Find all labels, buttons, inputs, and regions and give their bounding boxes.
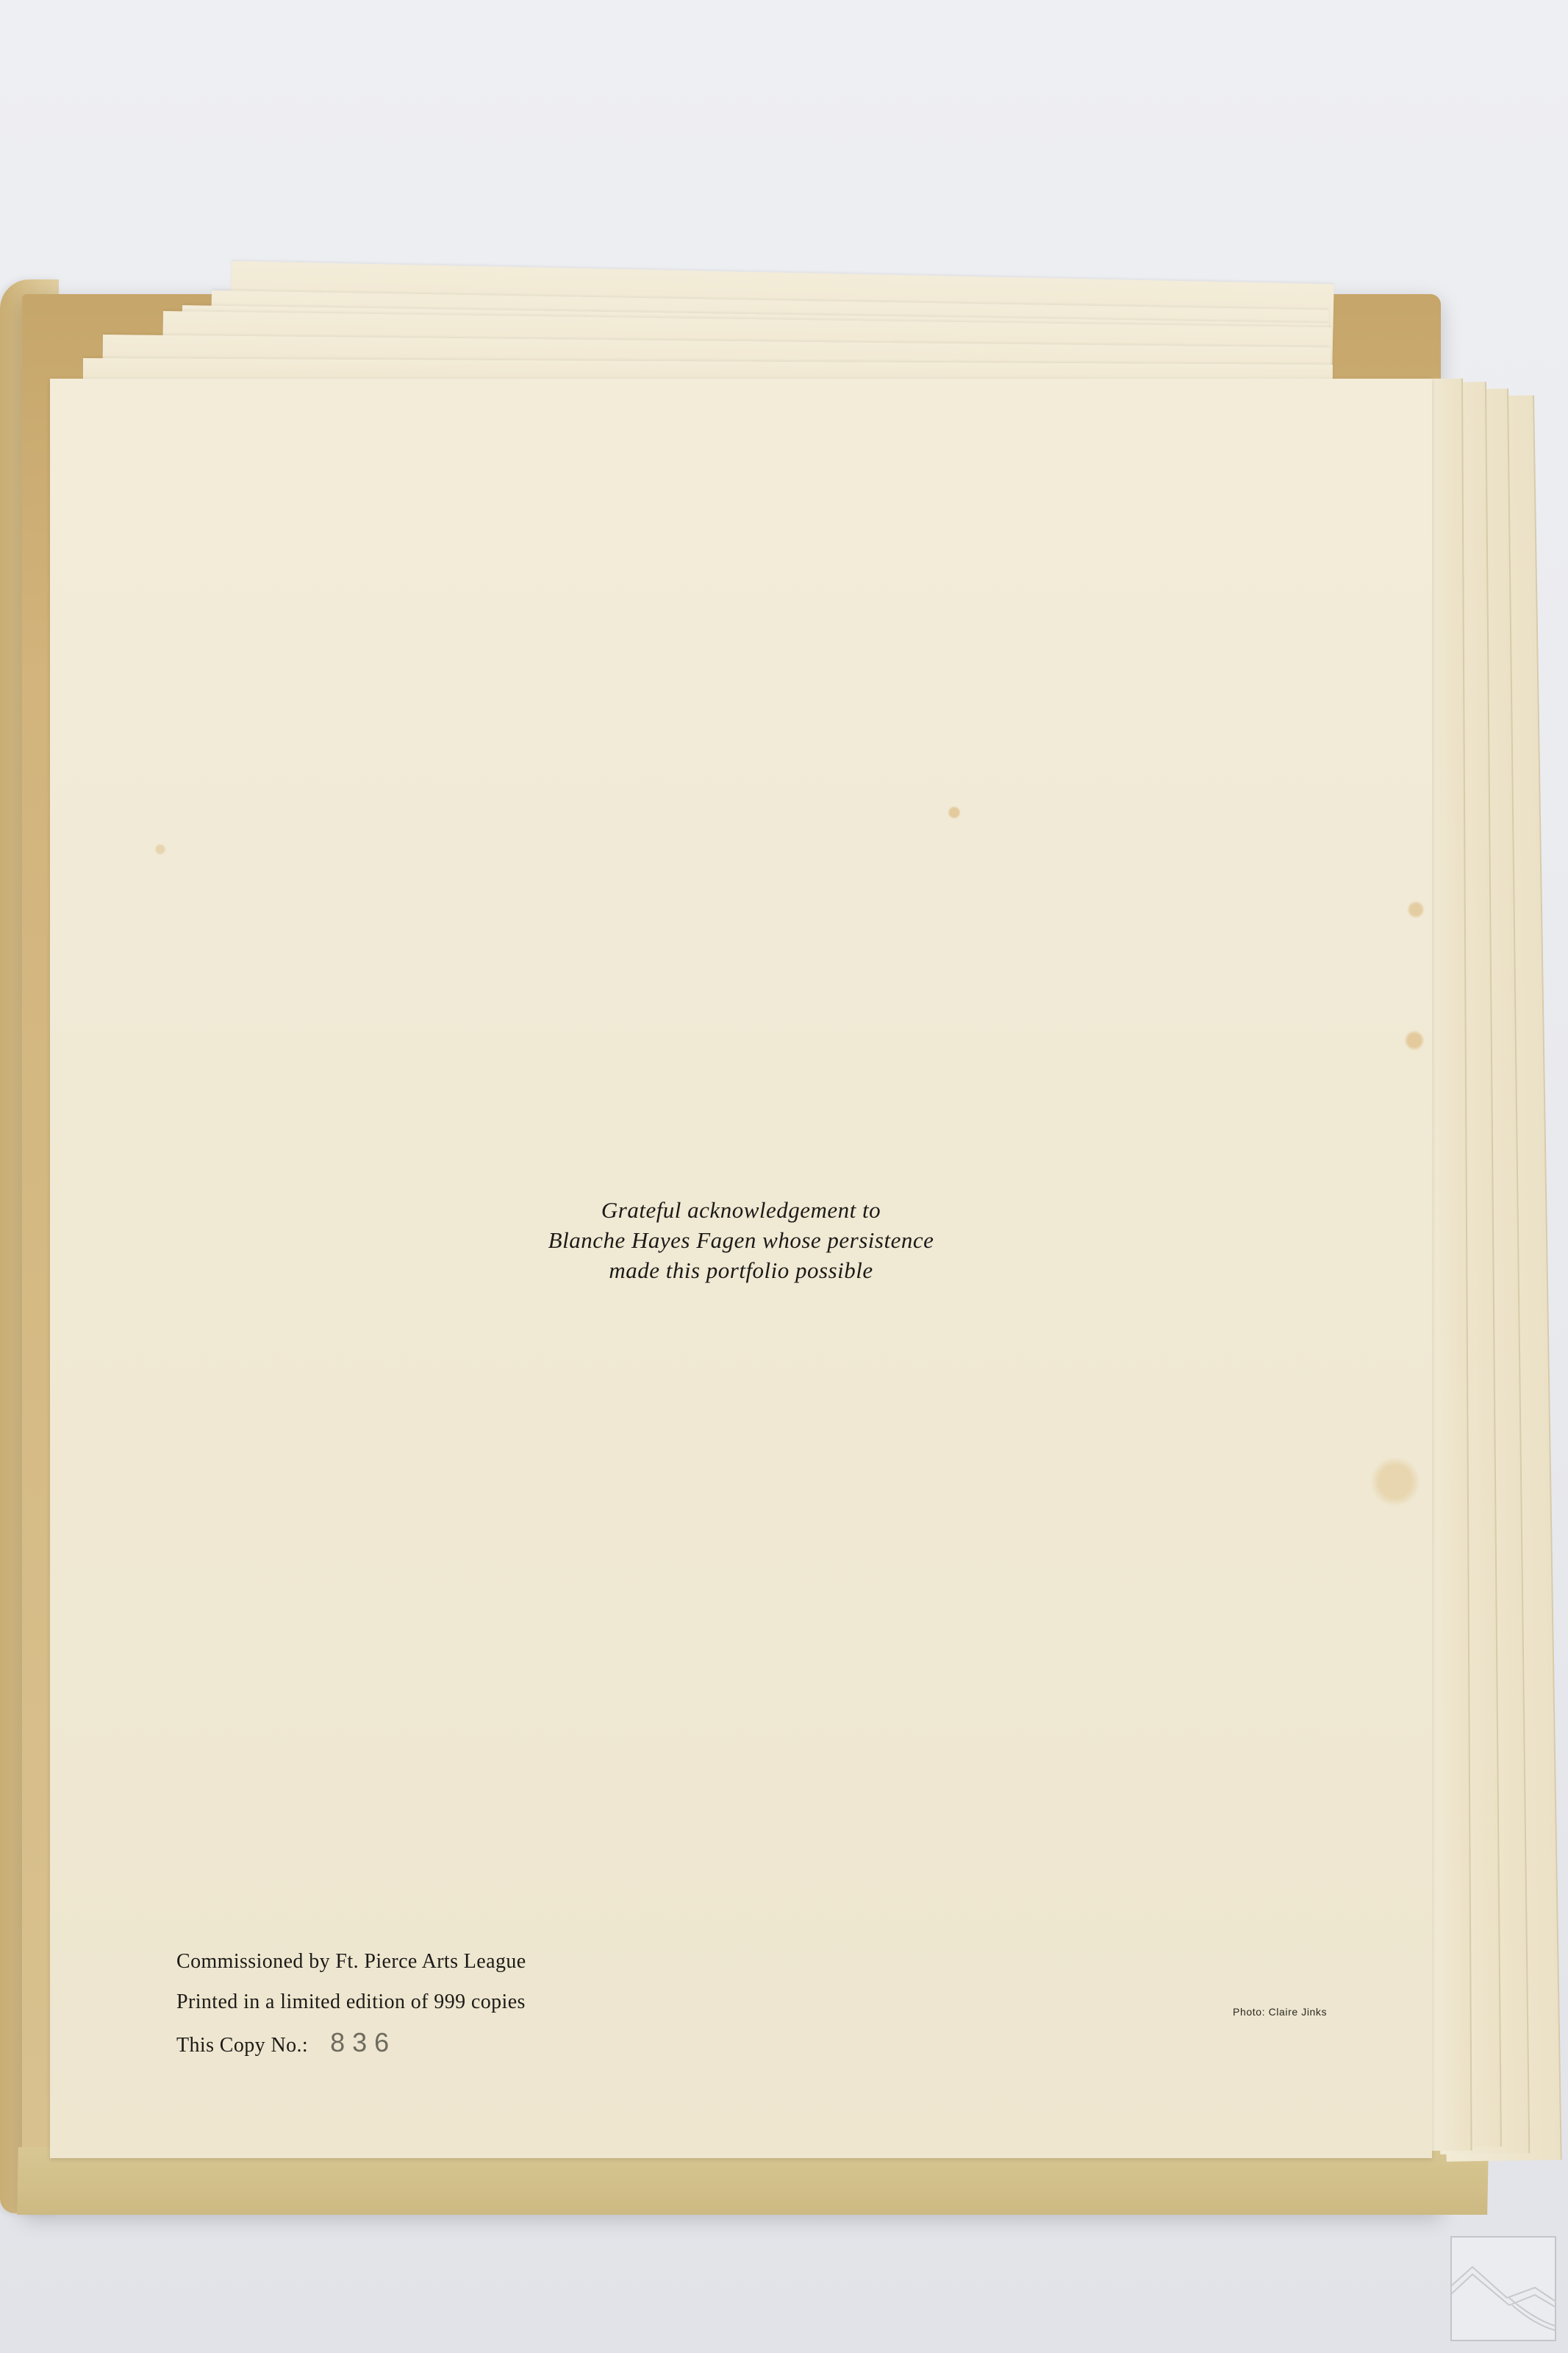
acknowledgement-text: Grateful acknowledgement to Blanche Haye… bbox=[50, 1195, 1432, 1285]
mountain-logo-icon-svg bbox=[1452, 2238, 1555, 2340]
acknowledgement-line: Blanche Hayes Fagen whose persistence bbox=[50, 1225, 1432, 1255]
edition-line: Printed in a limited edition of 999 copi… bbox=[176, 1982, 526, 2022]
colophon-block: Commissioned by Ft. Pierce Arts League P… bbox=[176, 1941, 526, 2065]
colophon-page: Grateful acknowledgement to Blanche Haye… bbox=[50, 379, 1432, 2158]
mountain-logo-icon bbox=[1450, 2236, 1556, 2341]
photo-credit: Photo: Claire Jinks bbox=[1233, 2006, 1327, 2018]
copy-number-handwritten: 836 bbox=[330, 2027, 396, 2057]
commissioned-line: Commissioned by Ft. Pierce Arts League bbox=[176, 1941, 526, 1982]
acknowledgement-line: Grateful acknowledgement to bbox=[50, 1195, 1432, 1225]
copy-number-label: This Copy No.: bbox=[176, 2034, 308, 2057]
copy-number-line: This Copy No.:836 bbox=[176, 2022, 526, 2065]
acknowledgement-line: made this portfolio possible bbox=[50, 1255, 1432, 1285]
